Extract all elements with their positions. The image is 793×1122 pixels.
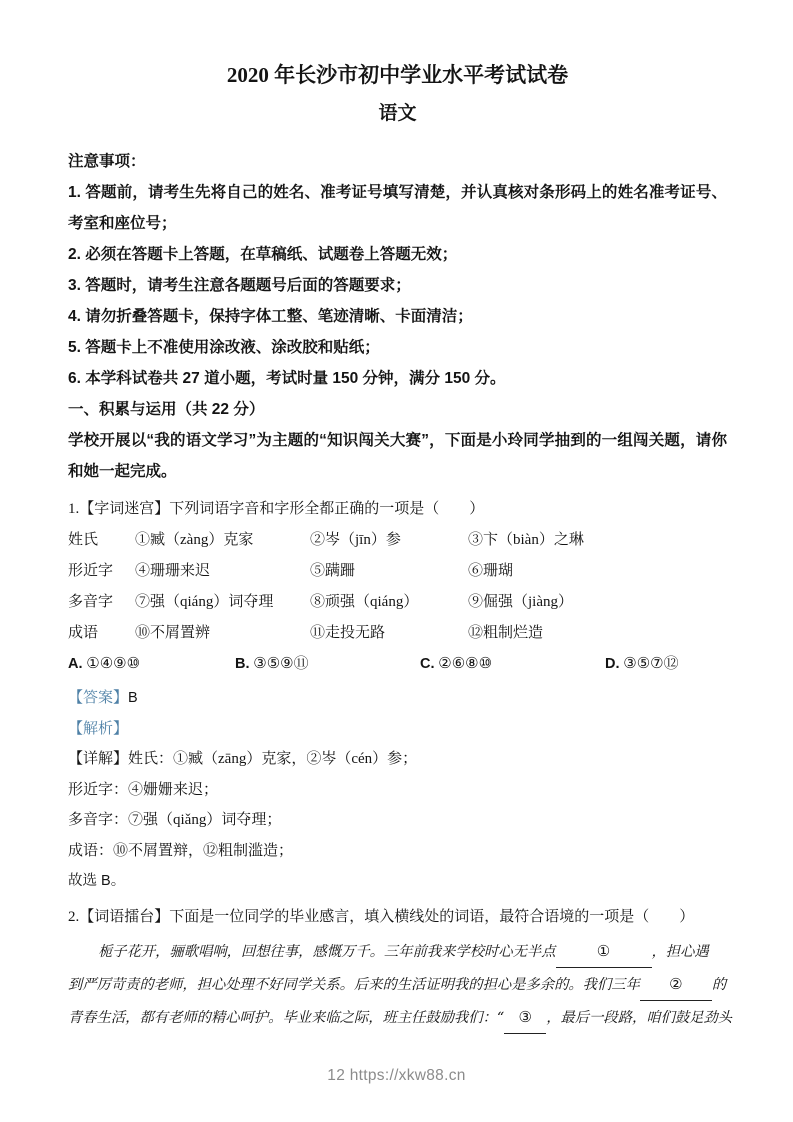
q1-row-item: ⑩不屑置辨 <box>135 618 310 649</box>
q1-number: 1. <box>68 501 79 517</box>
q1-row-item: ⑤蹒跚 <box>310 556 468 587</box>
circled-number-2: ② <box>669 975 682 993</box>
conclusion-line: 故选 B。 <box>68 866 727 897</box>
blank-underline-3: ③ <box>504 1001 546 1034</box>
option-label: C. <box>420 656 435 672</box>
q1-row-item: ③卞（biàn）之琳 <box>468 525 727 556</box>
q1-row-item: ①臧（zàng）克家 <box>135 525 310 556</box>
q2-number: 2. <box>68 909 79 925</box>
detail-line: 成语：⑩不屑置辩，⑫粗制滥造； <box>68 836 727 867</box>
q1-option-d: D. ③⑤⑦⑫ <box>605 649 727 680</box>
page-number: 12 <box>327 1067 345 1084</box>
q1-row: 形近字 ④珊珊来迟 ⑤蹒跚 ⑥珊瑚 <box>68 556 727 587</box>
passage-text: 青春生活，都有老师的精心呵护。毕业来临之际，班主任鼓励我们：“ <box>68 1010 504 1026</box>
q2-tag: 【词语擂台】 <box>79 909 169 925</box>
detail-label: 【详解】 <box>68 751 128 767</box>
passage-text: ，担心遇 <box>652 944 709 960</box>
notice-item: 6. 本学科试卷共 27 道小题，考试时量 150 分钟，满分 150 分。 <box>68 363 727 394</box>
q1-row-item: ⑫粗制烂造 <box>468 618 727 649</box>
notice-item: 4. 请勿折叠答题卡，保持字体工整、笔迹清晰、卡面清洁； <box>68 301 727 332</box>
option-label: D. <box>605 656 620 672</box>
q1-prompt: 下列词语字音和字形全都正确的一项是（ ） <box>169 501 484 517</box>
passage-line: 到严厉苛责的老师，担心处理不好同学关系。后来的生活证明我的担心是多余的。我们三年… <box>68 968 727 1001</box>
circled-number-3: ③ <box>518 1008 531 1026</box>
question-1: 1.【字词迷宫】下列词语字音和字形全都正确的一项是（ ） 姓氏 ①臧（zàng）… <box>68 494 727 680</box>
passage-text: 的 <box>712 977 726 993</box>
q1-row-label: 姓氏 <box>68 525 135 556</box>
q1-row-item: ⑥珊瑚 <box>468 556 727 587</box>
option-text: ①④⑨⑩ <box>86 656 140 672</box>
section-heading: 一、积累与运用（共 22 分） <box>68 394 727 425</box>
q1-option-c: C. ②⑥⑧⑩ <box>420 649 605 680</box>
footer-url: https://xkw88.cn <box>350 1067 466 1084</box>
option-text: ②⑥⑧⑩ <box>438 656 492 672</box>
q1-row-label: 多音字 <box>68 587 135 618</box>
circled-number-1: ① <box>597 942 610 960</box>
q1-row-label: 成语 <box>68 618 135 649</box>
q1-word-table: 姓氏 ①臧（zàng）克家 ②岑（jīn）参 ③卞（biàn）之琳 形近字 ④珊… <box>68 525 727 649</box>
q1-row-item: ⑦强（qiáng）词夺理 <box>135 587 310 618</box>
q2-passage: 栀子花开，骊歌唱响，回想往事，感慨万千。三年前我来学校时心无半点①，担心遇 到严… <box>68 935 727 1034</box>
passage-line: 栀子花开，骊歌唱响，回想往事，感慨万千。三年前我来学校时心无半点①，担心遇 <box>68 935 727 968</box>
option-label: A. <box>68 656 83 672</box>
detail-line: 多音字：⑦强（qiǎng）词夺理； <box>68 805 727 836</box>
q1-row-item: ⑨倔强（jiàng） <box>468 587 727 618</box>
answer-block-q1: 【答案】B 【解析】 【详解】姓氏：①臧（zāng）克家，②岑（cén）参； 形… <box>68 683 727 897</box>
q1-options: A. ①④⑨⑩ B. ③⑤⑨⑪ C. ②⑥⑧⑩ D. ③⑤⑦⑫ <box>68 649 727 680</box>
passage-text: 栀子花开，骊歌唱响，回想往事，感慨万千。三年前我来学校时心无半点 <box>98 944 556 960</box>
page-footer: 12 https://xkw88.cn <box>0 1067 793 1085</box>
page-title: 2020 年长沙市初中学业水平考试试卷 <box>68 60 727 90</box>
q1-row-label: 形近字 <box>68 556 135 587</box>
q1-tag: 【字词迷宫】 <box>79 501 169 517</box>
blank-underline-1: ① <box>556 935 652 968</box>
q1-row: 多音字 ⑦强（qiáng）词夺理 ⑧顽强（qiáng） ⑨倔强（jiàng） <box>68 587 727 618</box>
q1-row: 姓氏 ①臧（zàng）克家 ②岑（jīn）参 ③卞（biàn）之琳 <box>68 525 727 556</box>
q1-row-item: ④珊珊来迟 <box>135 556 310 587</box>
q1-prompt-line: 1.【字词迷宫】下列词语字音和字形全都正确的一项是（ ） <box>68 494 727 525</box>
detail-line: 形近字：④姗姗来迟； <box>68 775 727 806</box>
option-text: ③⑤⑦⑫ <box>623 656 678 672</box>
analysis-line: 【解析】 <box>68 714 727 745</box>
q1-option-b: B. ③⑤⑨⑪ <box>235 649 420 680</box>
notice-heading: 注意事项： <box>68 146 727 177</box>
q1-row: 成语 ⑩不屑置辨 ⑪走投无路 ⑫粗制烂造 <box>68 618 727 649</box>
detail-text: 姓氏：①臧（zāng）克家，②岑（cén）参； <box>128 751 417 767</box>
section-intro: 学校开展以“我的语文学习”为主题的“知识闯关大赛”，下面是小玲同学抽到的一组闯关… <box>68 425 727 487</box>
q2-prompt: 下面是一位同学的毕业感言，填入横线处的词语，最符合语境的一项是（ ） <box>169 909 694 925</box>
notice-item: 3. 答题时，请考生注意各题题号后面的答题要求； <box>68 270 727 301</box>
notice-item: 5. 答题卡上不准使用涂改液、涂改胶和贴纸； <box>68 332 727 363</box>
page-subtitle: 语文 <box>68 101 727 127</box>
answer-label: 【答案】 <box>68 690 128 706</box>
passage-text: ，最后一段路，咱们鼓足劲头 <box>546 1010 732 1026</box>
q2-prompt-line: 2.【词语擂台】下面是一位同学的毕业感言，填入横线处的词语，最符合语境的一项是（… <box>68 902 727 933</box>
passage-line: 青春生活，都有老师的精心呵护。毕业来临之际，班主任鼓励我们：“③，最后一段路，咱… <box>68 1001 727 1034</box>
notice-item: 1. 答题前，请考生先将自己的姓名、准考证号填写清楚，并认真核对条形码上的姓名准… <box>68 177 727 239</box>
question-2: 2.【词语擂台】下面是一位同学的毕业感言，填入横线处的词语，最符合语境的一项是（… <box>68 902 727 1034</box>
answer-value: B <box>128 690 138 706</box>
answer-line: 【答案】B <box>68 683 727 714</box>
q1-row-item: ⑪走投无路 <box>310 618 468 649</box>
q1-option-a: A. ①④⑨⑩ <box>68 649 235 680</box>
q1-row-item: ②岑（jīn）参 <box>310 525 468 556</box>
document-page: 2020 年长沙市初中学业水平考试试卷 语文 注意事项： 1. 答题前，请考生先… <box>0 0 793 1122</box>
detail-line: 【详解】姓氏：①臧（zāng）克家，②岑（cén）参； <box>68 744 727 775</box>
q1-row-item: ⑧顽强（qiáng） <box>310 587 468 618</box>
blank-underline-2: ② <box>640 968 712 1001</box>
notice-section: 注意事项： 1. 答题前，请考生先将自己的姓名、准考证号填写清楚，并认真核对条形… <box>68 146 727 394</box>
option-label: B. <box>235 656 250 672</box>
notice-item: 2. 必须在答题卡上答题，在草稿纸、试题卷上答题无效； <box>68 239 727 270</box>
passage-text: 到严厉苛责的老师，担心处理不好同学关系。后来的生活证明我的担心是多余的。我们三年 <box>68 977 640 993</box>
option-text: ③⑤⑨⑪ <box>253 656 308 672</box>
analysis-label: 【解析】 <box>68 721 128 737</box>
